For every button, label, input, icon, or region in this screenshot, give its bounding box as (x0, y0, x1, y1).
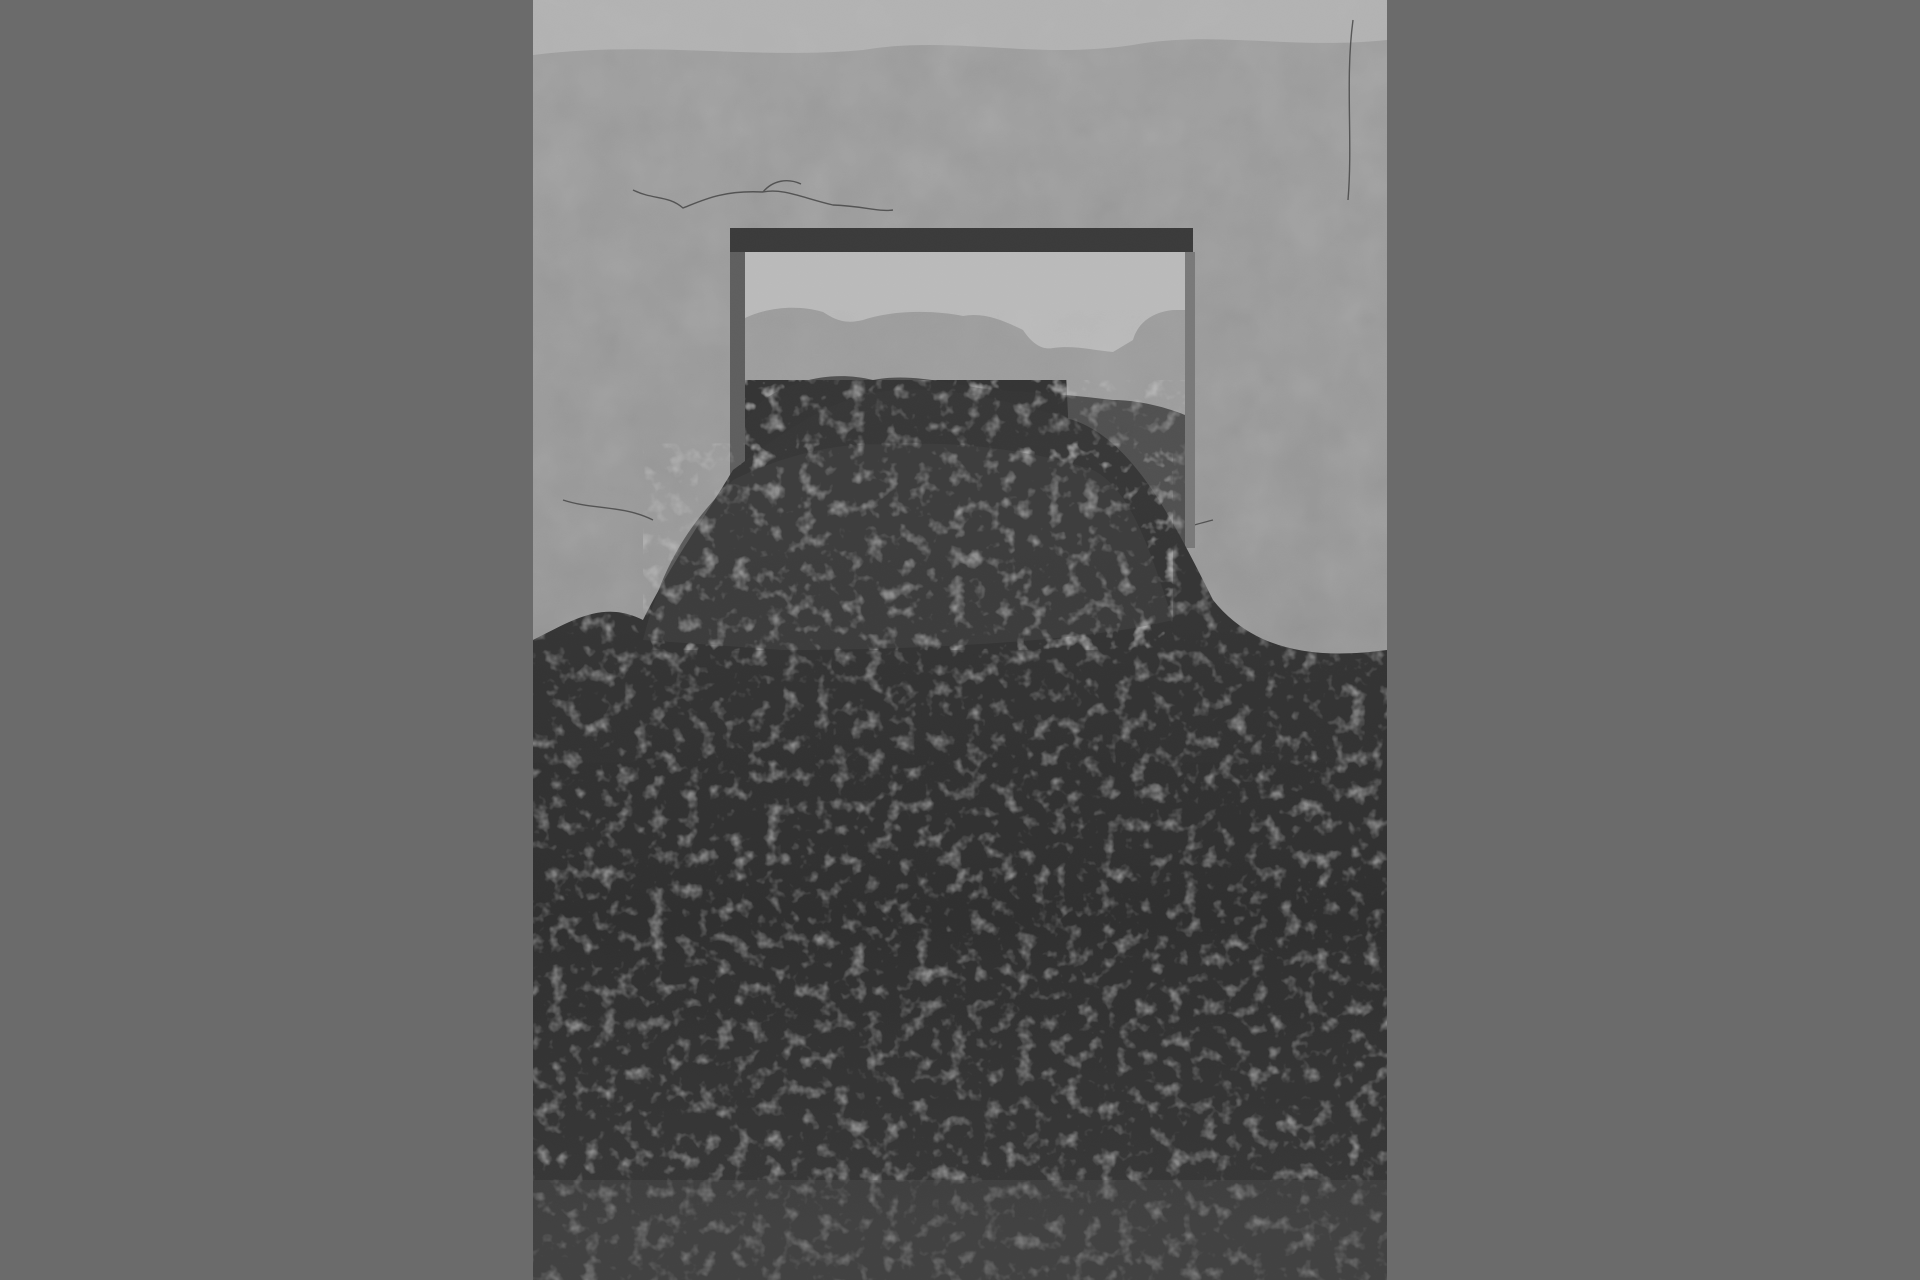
photograph (533, 0, 1387, 1280)
photo-canvas (533, 0, 1387, 1280)
